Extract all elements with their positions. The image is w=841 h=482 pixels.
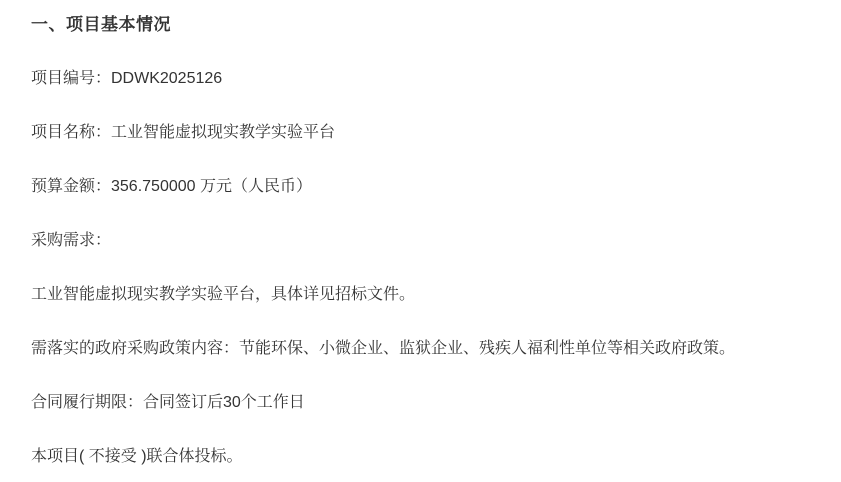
budget-amount-line: 预算金额：356.750000 万元（人民币） xyxy=(31,177,811,197)
announcement-document: 一、项目基本情况 项目编号：DDWK2025126 项目名称：工业智能虚拟现实教… xyxy=(0,0,841,467)
procurement-demand-text: 工业智能虚拟现实教学实验平台，具体详见招标文件。 xyxy=(31,285,811,305)
project-name-line: 项目名称：工业智能虚拟现实教学实验平台 xyxy=(31,123,811,143)
project-number-line: 项目编号：DDWK2025126 xyxy=(31,69,811,89)
procurement-demand-label: 采购需求： xyxy=(31,231,811,251)
government-policy-line: 需落实的政府采购政策内容：节能环保、小微企业、监狱企业、残疾人福利性单位等相关政… xyxy=(31,339,811,359)
joint-bid-line: 本项目( 不接受 )联合体投标。 xyxy=(31,447,811,467)
contract-period-line: 合同履行期限：合同签订后30个工作日 xyxy=(31,393,811,413)
section-heading: 一、项目基本情况 xyxy=(31,14,811,35)
